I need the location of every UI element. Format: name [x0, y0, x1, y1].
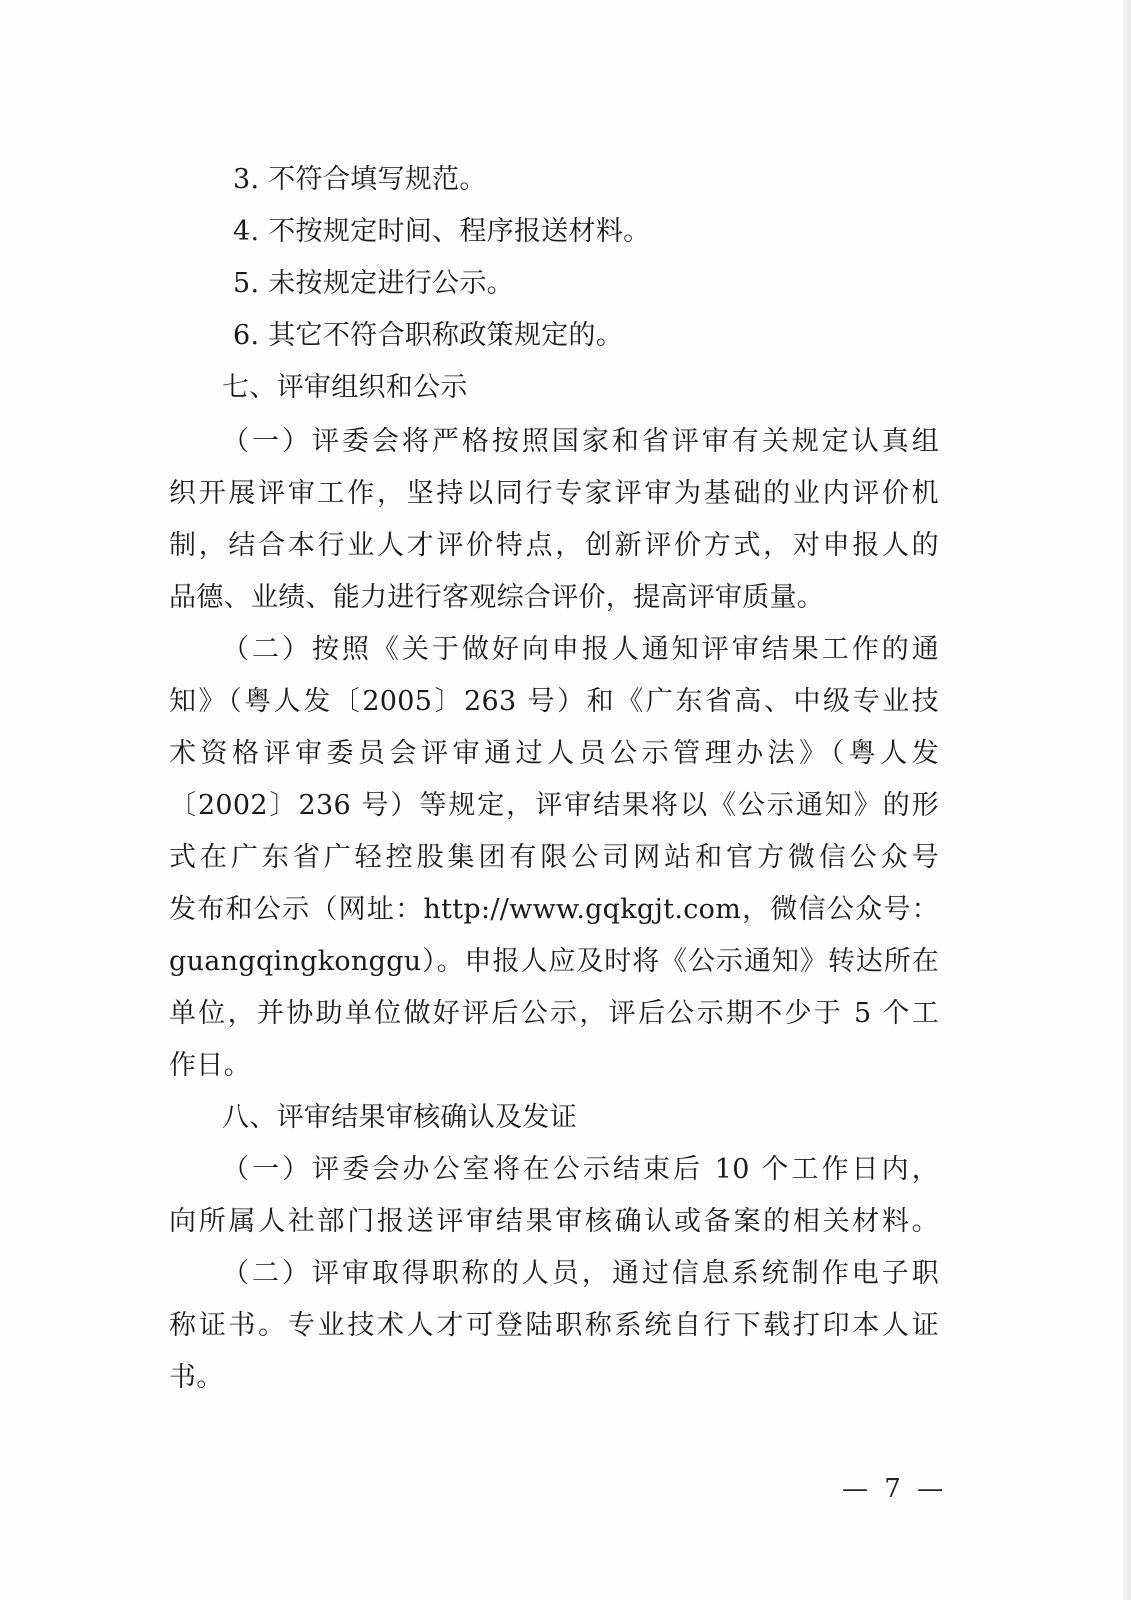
paragraph-line: 单位，并协助单位做好评后公示，评后公示期不少于 5 个工 — [169, 996, 939, 1032]
section-heading: 八、评审结果审核确认及发证 — [222, 1100, 992, 1136]
paragraph-line: （一）评委会将严格按照国家和省评审有关规定认真组 — [222, 424, 939, 460]
paragraph-line: 向所属人社部门报送评审结果审核确认或备案的相关材料。 — [169, 1204, 939, 1240]
paragraph-line: 织开展评审工作，坚持以同行专家评审为基础的业内评价机 — [169, 476, 939, 512]
paragraph-line: 品德、业绩、能力进行客观综合评价，提高评审质量。 — [169, 580, 939, 616]
list-item: 5. 未按规定进行公示。 — [233, 266, 939, 302]
list-item: 4. 不按规定时间、程序报送材料。 — [233, 214, 939, 250]
scan-edge — [1123, 0, 1131, 1600]
paragraph-line: 式在广东省广轻控股集团有限公司网站和官方微信公众号 — [169, 840, 939, 876]
paragraph-line: 作日。 — [169, 1048, 939, 1084]
paragraph-line: guangqingkonggu）。申报人应及时将《公示通知》转达所在 — [169, 944, 939, 980]
paragraph-line: 称证书。专业技术人才可登陆职称系统自行下载打印本人证 — [169, 1308, 939, 1344]
list-item: 3. 不符合填写规范。 — [233, 162, 939, 198]
paragraph-line: 〔2002〕236 号）等规定，评审结果将以《公示通知》的形 — [169, 788, 939, 824]
paragraph-line: （一）评委会办公室将在公示结束后 10 个工作日内， — [222, 1152, 939, 1188]
paragraph-line: 制，结合本行业人才评价特点，创新评价方式，对申报人的 — [169, 528, 939, 564]
paragraph-line: 发布和公示（网址：http://www.gqkgjt.com，微信公众号： — [169, 892, 939, 928]
paragraph-line: 知》（粤人发〔2005〕263 号）和《广东省高、中级专业技 — [169, 684, 939, 720]
document-page: 3. 不符合填写规范。 4. 不按规定时间、程序报送材料。 5. 未按规定进行公… — [0, 0, 1131, 1600]
page-number: — 7 — — [842, 1474, 947, 1504]
paragraph-line: （二）按照《关于做好向申报人通知评审结果工作的通 — [222, 632, 939, 668]
section-heading: 七、评审组织和公示 — [222, 370, 992, 406]
paragraph-line: 书。 — [169, 1360, 939, 1396]
list-item: 6. 其它不符合职称政策规定的。 — [233, 318, 939, 354]
paragraph-line: 术资格评审委员会评审通过人员公示管理办法》（粤人发 — [169, 736, 939, 772]
paragraph-line: （二）评审取得职称的人员，通过信息系统制作电子职 — [222, 1256, 939, 1292]
